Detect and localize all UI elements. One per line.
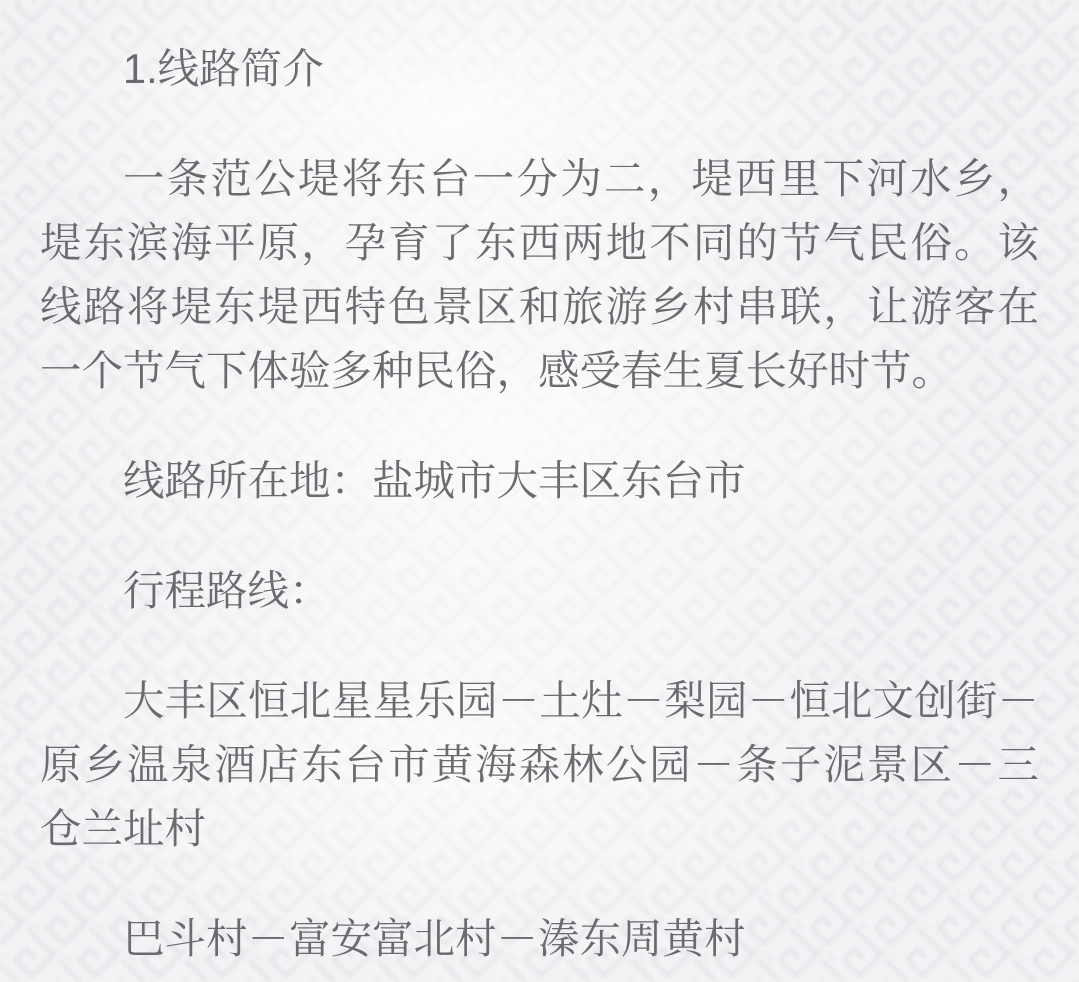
heading-paragraph: 1.线路简介: [40, 37, 1039, 101]
itinerary-label: 行程路线：: [40, 559, 1039, 623]
route-day1-line-2: 原乡温泉酒店东台市黄海森林公园－条子泥景区－三: [40, 733, 1039, 797]
section-heading: 1.线路简介: [40, 37, 1039, 101]
intro-line-4: 一个节气下体验多种民俗，感受春生夏长好时节。: [40, 339, 1039, 403]
location-line: 线路所在地：盐城市大丰区东台市: [40, 449, 1039, 513]
location-paragraph: 线路所在地：盐城市大丰区东台市: [40, 449, 1039, 513]
itinerary-label-paragraph: 行程路线：: [40, 559, 1039, 623]
intro-paragraph: 一条范公堤将东台一分为二，堤西里下河水乡， 堤东滨海平原，孕育了东西两地不同的节…: [40, 147, 1039, 403]
document-content: 1.线路简介 一条范公堤将东台一分为二，堤西里下河水乡， 堤东滨海平原，孕育了东…: [0, 0, 1079, 971]
intro-line-3: 线路将堤东堤西特色景区和旅游乡村串联，让游客在: [40, 275, 1039, 339]
route-day2-line: 巴斗村－富安富北村－溱东周黄村: [40, 907, 1039, 971]
route-day1-line-1: 大丰区恒北星星乐园－土灶－梨园－恒北文创街－: [40, 669, 1039, 733]
intro-line-2: 堤东滨海平原，孕育了东西两地不同的节气民俗。该: [40, 211, 1039, 275]
route-day1-paragraph: 大丰区恒北星星乐园－土灶－梨园－恒北文创街－ 原乡温泉酒店东台市黄海森林公园－条…: [40, 669, 1039, 861]
route-day2-paragraph: 巴斗村－富安富北村－溱东周黄村: [40, 907, 1039, 971]
intro-line-1: 一条范公堤将东台一分为二，堤西里下河水乡，: [40, 147, 1039, 211]
route-day1-line-3: 仓兰址村: [40, 797, 1039, 861]
